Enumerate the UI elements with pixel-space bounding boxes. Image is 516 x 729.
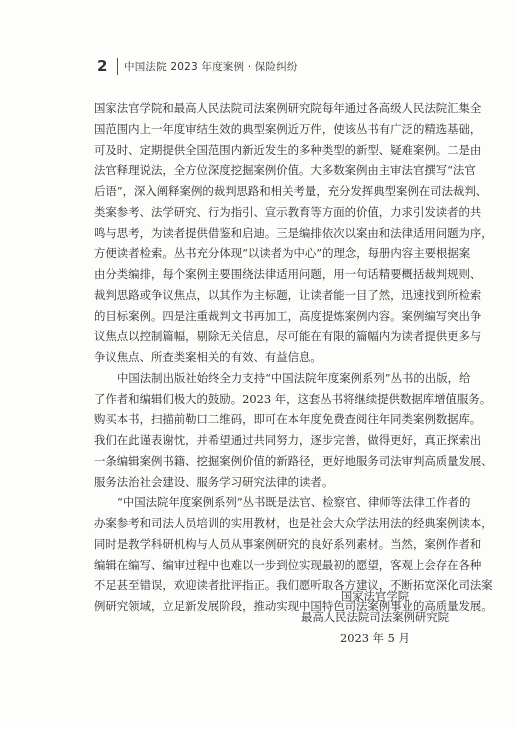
signature-date: 2023 年 5 月: [280, 630, 470, 646]
preface-body: 国家法官学院和最高人民法院司法案例研究院每年通过各高级人民法院汇集全 国范围内上…: [94, 98, 462, 617]
text-line: 的目标案例。四是注重裁判文书再加工，高度提炼案例内容。案例编写突出争: [94, 306, 462, 327]
document-page: 2 中国法院 2023 年度案例 · 保险纠纷 国家法官学院和最高人民法院司法案…: [0, 0, 516, 729]
text-line: 国范围内上一年度审结生效的典型案例近万件，使该丛书有广泛的精选基础，: [94, 119, 462, 140]
text-line: 一条编辑案例书籍、挖掘案例价值的新路径，更好地服务司法审判高质量发展、: [94, 451, 462, 472]
text-line: 裁判思路或争议焦点，以其作为主标题，让读者能一目了然，迅速找到所检索: [94, 285, 462, 306]
text-line: 方便读者检索。丛书充分体现“以读者为中心”的理念，每册内容主要根据案: [94, 243, 462, 264]
text-line: 类案参考、法学研究、行为指引、宣示教育等方面的价值，力求引发读者的共: [94, 202, 462, 223]
text-line: 办案参考和司法人员培训的实用教材，也是社会大众学法用法的经典案例读本，: [94, 513, 462, 534]
text-line: 我们在此谨表谢忱，并希望通过共同努力，逐步完善，做得更好，真正探索出: [94, 430, 462, 451]
page-number: 2: [97, 57, 113, 75]
text-line: 可及时、定期提供全国范围内新近发生的多种类型的新型、疑难案例。二是由: [94, 140, 462, 161]
signature-org-2: 最高人民法院司法案例研究院: [280, 609, 470, 625]
book-title: 中国法院 2023 年度案例 · 保险纠纷: [124, 59, 298, 74]
paragraph-start-line: 中国法制出版社始终全力支持“中国法院年度案例系列”丛书的出版，给: [94, 368, 462, 389]
text-line: 编辑在编写、编审过程中也难以一步到位实现最初的愿望，客观上会存在各种: [94, 555, 462, 576]
text-line: 后语”，深入阐释案例的裁判思路和相关考量，充分发挥典型案例在司法裁判、: [94, 181, 462, 202]
text-line: 购买本书，扫描前勒口二维码，即可在本年度免费查阅往年同类案例数据库。: [94, 409, 462, 430]
text-line: 同时是教学科研机构与人员从事案例研究的良好系列素材。当然，案例作者和: [94, 534, 462, 555]
running-header: 2 中国法院 2023 年度案例 · 保险纠纷: [97, 56, 298, 76]
text-line: 议焦点以控制篇幅，剔除无关信息，尽可能在有限的篇幅内为读者提供更多与: [94, 326, 462, 347]
text-line: 了作者和编辑们极大的鼓励。2023 年，这套丛书将继续提供数据库增值服务。: [94, 389, 462, 410]
text-line: 争议焦点、所查类案相关的有效、有益信息。: [94, 347, 462, 368]
text-line: 鸣与思考，为读者提供借鉴和启迪。三是编排依次以案由和法律适用问题为序，: [94, 223, 462, 244]
text-line: 法官释理说法，全方位深度挖掘案例价值。大多数案例由主审法官撰写“法官: [94, 160, 462, 181]
header-divider: [117, 58, 118, 75]
text-line: 国家法官学院和最高人民法院司法案例研究院每年通过各高级人民法院汇集全: [94, 98, 462, 119]
text-line: 由分类编排，每个案例主要围绕法律适用问题，用一句话精要概括裁判规则、: [94, 264, 462, 285]
signature-org-1: 国家法官学院: [280, 588, 470, 604]
paragraph-start-line: “中国法院年度案例系列”丛书既是法官、检察官、律师等法律工作者的: [94, 492, 462, 513]
text-line: 服务法治社会建设、服务学习研究法律的读者。: [94, 472, 462, 493]
